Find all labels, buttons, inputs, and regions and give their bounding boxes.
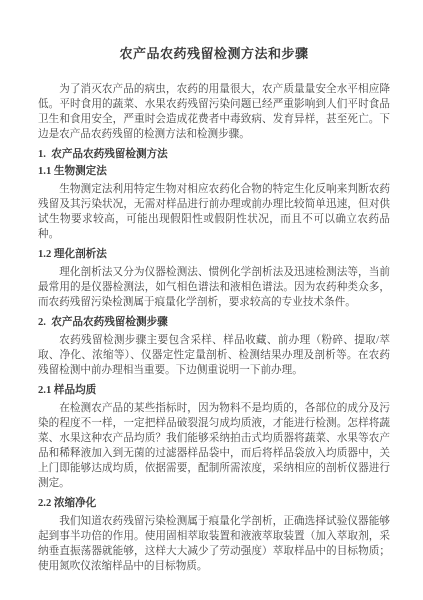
document-page: 农产品农药残留检测方法和步骤 为了消灭农产品的病虫，农药的用量很大，农产质量量安…: [0, 0, 423, 600]
section-2-1-heading: 2.1 样品均质: [38, 384, 390, 398]
section-2-paragraph: 农药残留检测步骤主要包含采样、样品收藏、前办理（粉碎、提取/萃取、净化、浓缩等）…: [38, 333, 390, 378]
section-1-2-paragraph: 理化剖析法又分为仪器检测法、惯例化学剖析法及迅速检测法等，当前最常用的是仪器检测…: [38, 265, 390, 310]
intro-paragraph: 为了消灭农产品的病虫，农药的用量很大，农产质量量安全水平相应降低。平时食用的蔬菜…: [38, 82, 390, 142]
section-2-heading: 2. 农产品农药残留检测步骤: [38, 316, 390, 330]
stray-footer-mark: ·: [57, 550, 60, 560]
document-content: 农产品农药残留检测方法和步骤 为了消灭农产品的病虫，农药的用量很大，农产质量量安…: [38, 0, 390, 578]
section-2-1-paragraph: 在检测农产品的某些指标时，因为物料不是均质的，各部位的成分及污染的程度不一样，一…: [38, 401, 390, 491]
section-2-2-paragraph: 我们知道农药残留污染检测属于痕量化学剖析，正确选择试验仪器能够起到事半功倍的作用…: [38, 514, 390, 574]
document-title: 农产品农药残留检测方法和步骤: [38, 46, 390, 62]
section-1-heading: 1. 农产品农药残留检测方法: [38, 148, 390, 162]
section-2-2-heading: 2.2 浓缩净化: [38, 497, 390, 511]
section-1-1-heading: 1.1 生物测定法: [38, 165, 390, 179]
section-1-2-heading: 1.2 理化剖析法: [38, 248, 390, 262]
section-1-1-paragraph: 生物测定法利用特定生物对相应农药化合物的特定生化反响来判断农药残留及其污染状况，…: [38, 182, 390, 242]
